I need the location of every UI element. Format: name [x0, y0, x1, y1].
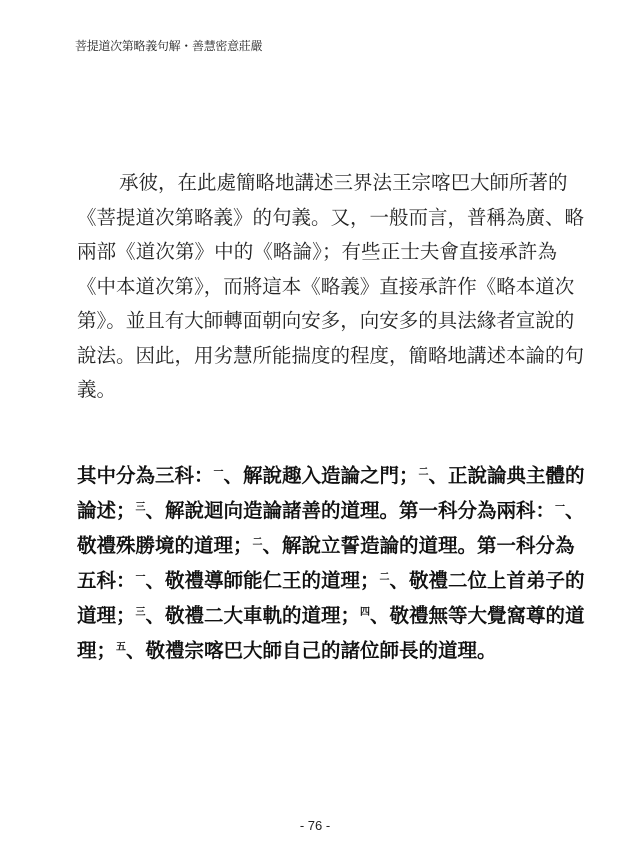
running-header: 菩提道次第略義句解・善慧密意莊嚴 [75, 37, 262, 54]
paragraph-line: 《菩提道次第略義》的句義。又，一般而言，普稱為廣、略 [77, 201, 557, 236]
outline-text: 、敬禮二大車軌的道理； [146, 604, 361, 627]
outline-line: 理；五、敬禮宗喀巴大師自己的諸位師長的道理。 [77, 630, 557, 665]
outline-line: 其中分為三科：一、解說趣入造論之門；二、正說論典主體的 [77, 455, 557, 490]
outline-text: 、解說迴向造論諸善的道理。第一科分為兩科： [146, 499, 556, 522]
outline-line: 道理；三、敬禮二大車軌的道理；四、敬禮無等大覺窩尊的道 [77, 595, 557, 630]
paragraph-line: 承彼，在此處簡略地講述三界法王宗喀巴大師所著的 [77, 166, 557, 201]
page-number: - 76 - [0, 818, 630, 833]
outline-text: 敬禮殊勝境的道理； [77, 534, 253, 557]
outline-text: 其中分為三科： [77, 464, 214, 487]
outline-text: 、敬禮二位上首弟子的 [390, 569, 585, 592]
outline-number: 四 [360, 607, 370, 618]
outline-line: 五科：一、敬禮導師能仁王的道理；二、敬禮二位上首弟子的 [77, 560, 557, 595]
outline-number: 二 [419, 467, 429, 478]
outline-text: 理； [77, 639, 116, 662]
outline-text: 、解說立誓造論的道理。第一科分為 [263, 534, 575, 557]
outline-paragraph: 其中分為三科：一、解說趣入造論之門；二、正說論典主體的 論述；三、解說迴向造論諸… [77, 455, 557, 665]
outline-text: 、解說趣入造論之門； [224, 464, 419, 487]
outline-text: 、敬禮宗喀巴大師自己的諸位師長的道理。 [126, 639, 497, 662]
outline-line: 論述；三、解說迴向造論諸善的道理。第一科分為兩科：一、 [77, 490, 557, 525]
outline-text: 、敬禮無等大覺窩尊的道 [370, 604, 585, 627]
intro-paragraph: 承彼，在此處簡略地講述三界法王宗喀巴大師所著的 《菩提道次第略義》的句義。又，一… [77, 166, 557, 408]
outline-text: 、正說論典主體的 [429, 464, 585, 487]
outline-text: 、 [565, 499, 585, 522]
outline-line: 敬禮殊勝境的道理；二、解說立誓造論的道理。第一科分為 [77, 525, 557, 560]
outline-number: 三 [136, 502, 146, 513]
paragraph-line: 《中本道次第》，而將這本《略義》直接承許作《略本道次 [77, 270, 557, 305]
paragraph-line: 義。 [77, 373, 557, 408]
outline-number: 三 [136, 607, 146, 618]
outline-text: 、敬禮導師能仁王的道理； [146, 569, 380, 592]
outline-number: 一 [555, 502, 565, 513]
outline-number: 二 [380, 572, 390, 583]
outline-number: 一 [214, 467, 224, 478]
paragraph-line: 說法。因此，用劣慧所能揣度的程度，簡略地講述本論的句 [77, 339, 557, 374]
outline-text: 五科： [77, 569, 136, 592]
outline-number: 五 [116, 642, 126, 653]
outline-text: 道理； [77, 604, 136, 627]
outline-number: 二 [253, 537, 263, 548]
paragraph-line: 兩部《道次第》中的《略論》；有些正士夫會直接承許為 [77, 235, 557, 270]
outline-text: 論述； [77, 499, 136, 522]
paragraph-line: 第》。並且有大師轉面朝向安多，向安多的具法緣者宣說的 [77, 304, 557, 339]
outline-number: 一 [136, 572, 146, 583]
